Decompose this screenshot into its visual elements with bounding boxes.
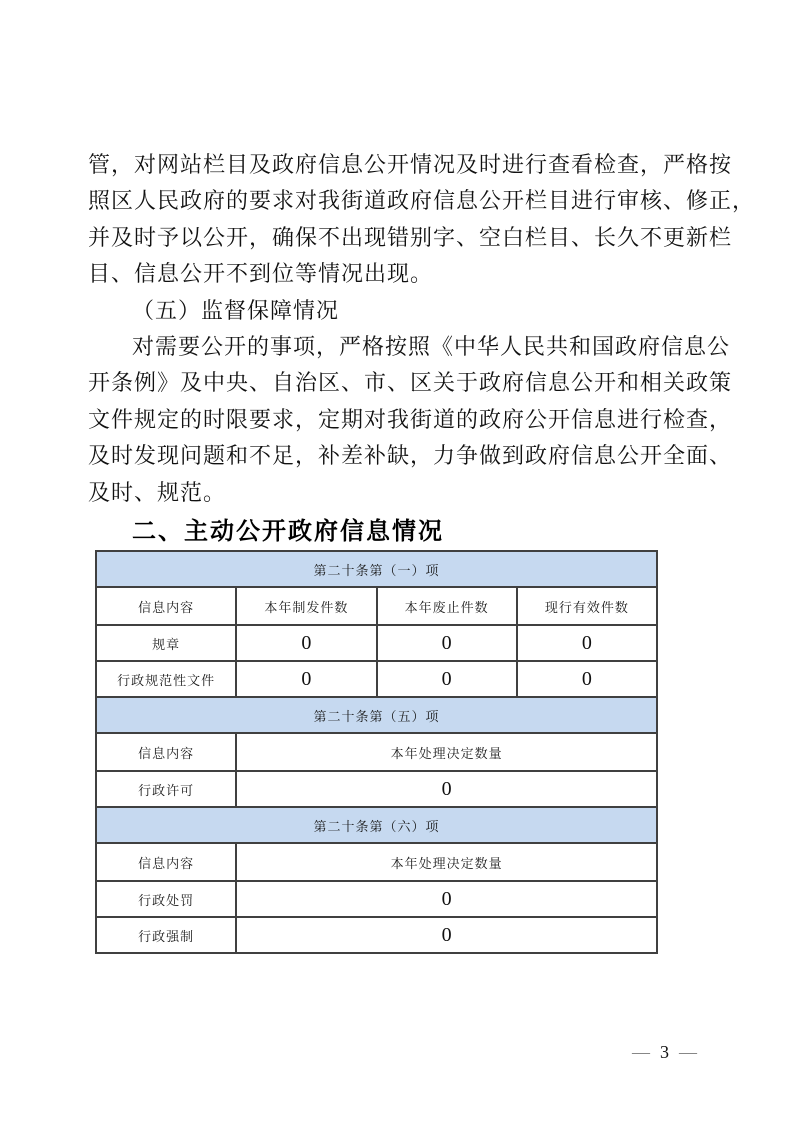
table-header-row: 信息内容 本年制发件数 本年废止件数 现行有效件数 xyxy=(96,587,657,625)
page-number: —3— xyxy=(632,1042,697,1063)
cell-value: 0 xyxy=(236,881,657,917)
cell-value: 0 xyxy=(236,771,657,807)
paragraph-line: 照区人民政府的要求对我街道政府信息公开栏目进行审核、修正， xyxy=(88,183,706,219)
column-header: 本年废止件数 xyxy=(377,587,517,625)
table-row: 规章 0 0 0 xyxy=(96,625,657,661)
public-info-table: 第二十条第（一）项 信息内容 本年制发件数 本年废止件数 现行有效件数 规章 0… xyxy=(95,550,658,954)
paragraph-line: 开条例》及中央、自治区、市、区关于政府信息公开和相关政策 xyxy=(88,365,706,401)
row-label: 规章 xyxy=(96,625,236,661)
column-header: 信息内容 xyxy=(96,843,236,881)
body-text-block: 管，对网站栏目及政府信息公开情况及时进行查看检查，严格按 照区人民政府的要求对我… xyxy=(88,147,706,511)
table-row: 行政强制 0 xyxy=(96,917,657,953)
table-band-row: 第二十条第（六）项 xyxy=(96,807,657,843)
column-header: 本年处理决定数量 xyxy=(236,843,657,881)
table-header-row: 信息内容 本年处理决定数量 xyxy=(96,733,657,771)
paragraph-line: 对需要公开的事项，严格按照《中华人民共和国政府信息公 xyxy=(88,329,706,365)
row-label: 行政规范性文件 xyxy=(96,661,236,697)
cell-value: 0 xyxy=(236,661,376,697)
page-number-dash: — xyxy=(632,1042,650,1062)
band-label: 第二十条第（一）项 xyxy=(96,551,657,587)
cell-value: 0 xyxy=(236,625,376,661)
column-header: 本年制发件数 xyxy=(236,587,376,625)
table-row: 行政规范性文件 0 0 0 xyxy=(96,661,657,697)
column-header: 信息内容 xyxy=(96,587,236,625)
column-header: 现行有效件数 xyxy=(517,587,657,625)
row-label: 行政处罚 xyxy=(96,881,236,917)
paragraph-line: 及时、规范。 xyxy=(88,475,706,511)
document-page: 管，对网站栏目及政府信息公开情况及时进行查看检查，严格按 照区人民政府的要求对我… xyxy=(0,0,793,1122)
column-header: 信息内容 xyxy=(96,733,236,771)
table-header-row: 信息内容 本年处理决定数量 xyxy=(96,843,657,881)
paragraph-line: 管，对网站栏目及政府信息公开情况及时进行查看检查，严格按 xyxy=(88,147,706,183)
section-heading: 二、主动公开政府信息情况 xyxy=(88,517,706,547)
cell-value: 0 xyxy=(377,661,517,697)
table-row: 行政处罚 0 xyxy=(96,881,657,917)
table-row: 行政许可 0 xyxy=(96,771,657,807)
row-label: 行政许可 xyxy=(96,771,236,807)
page-number-value: 3 xyxy=(660,1042,669,1062)
cell-value: 0 xyxy=(517,661,657,697)
page-number-dash: — xyxy=(679,1042,697,1062)
cell-value: 0 xyxy=(517,625,657,661)
paragraph-line: 目、信息公开不到位等情况出现。 xyxy=(88,256,706,292)
cell-value: 0 xyxy=(236,917,657,953)
band-label: 第二十条第（六）项 xyxy=(96,807,657,843)
column-header: 本年处理决定数量 xyxy=(236,733,657,771)
cell-value: 0 xyxy=(377,625,517,661)
paragraph-line: 并及时予以公开，确保不出现错别字、空白栏目、长久不更新栏 xyxy=(88,220,706,256)
row-label: 行政强制 xyxy=(96,917,236,953)
paragraph-line: 及时发现问题和不足，补差补缺，力争做到政府信息公开全面、 xyxy=(88,438,706,474)
table-band-row: 第二十条第（一）项 xyxy=(96,551,657,587)
paragraph-line: 文件规定的时限要求，定期对我街道的政府公开信息进行检查， xyxy=(88,402,706,438)
subsection-heading: （五）监督保障情况 xyxy=(88,293,706,329)
band-label: 第二十条第（五）项 xyxy=(96,697,657,733)
table-band-row: 第二十条第（五）项 xyxy=(96,697,657,733)
